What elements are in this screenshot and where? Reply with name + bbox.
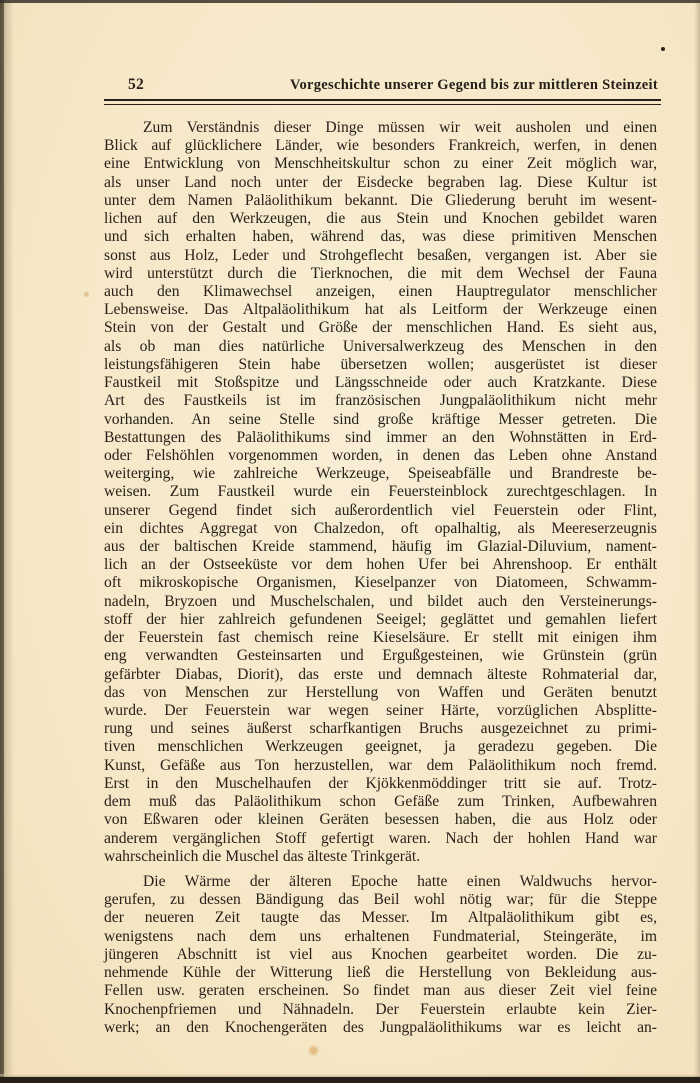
text-line: als ob man dies natürliche Universalwerk… bbox=[104, 338, 657, 356]
paragraph: Zum Verständnis dieser Dinge müssen wir … bbox=[104, 119, 657, 866]
text-line: ein dichtes Aggregat von Chalzedon, oft … bbox=[104, 520, 657, 538]
book-page-scan: 52 Vorgeschichte unserer Gegend bis zur … bbox=[0, 0, 700, 1083]
text-line: als unser Land noch unter der Eisdecke b… bbox=[104, 174, 657, 192]
text-line: wahrscheinlich die Muschel das älteste T… bbox=[104, 848, 657, 866]
text-line: auch den Klimawechsel anzeigen, einen Ha… bbox=[104, 283, 657, 301]
text-line: lich an der Ostseeküste vor dem hohen Uf… bbox=[104, 556, 657, 574]
paragraph: Die Wärme der älteren Epoche hatte einen… bbox=[104, 873, 657, 1037]
text-line: anderem vergänglichen Stoff gefertigt wa… bbox=[104, 830, 657, 848]
text-line: der neueren Zeit taugte das Messer. Im A… bbox=[104, 909, 657, 927]
paper-stain bbox=[84, 292, 89, 297]
text-line: unserer Gegend findet sich außerordentli… bbox=[104, 502, 657, 520]
ink-speck bbox=[661, 47, 665, 51]
scan-edge-right bbox=[694, 0, 700, 1083]
text-line: tiven menschlichen Werkzeugen geeignet, … bbox=[104, 738, 657, 756]
text-line: von Eßwaren oder kleinen Geräten besesse… bbox=[104, 811, 657, 829]
text-block: Zum Verständnis dieser Dinge müssen wir … bbox=[104, 119, 657, 1037]
text-line: und sich erhalten haben, während das, wa… bbox=[104, 228, 657, 246]
text-line: unter dem Namen Paläolithikum bekannt. D… bbox=[104, 192, 657, 210]
text-line: werk; an den Knochengeräten des Jungpalä… bbox=[104, 1019, 657, 1037]
text-line: Art des Faustkeils ist im französischen … bbox=[104, 392, 657, 410]
scan-edge-left bbox=[0, 0, 14, 1083]
text-line: weiterging, wie zahlreiche Werkzeuge, Sp… bbox=[104, 465, 657, 483]
text-line: eine Entwicklung von Menschheitskultur s… bbox=[104, 155, 657, 173]
page-header: 52 Vorgeschichte unserer Gegend bis zur … bbox=[104, 76, 660, 98]
text-line: gefärbter Diabas, Diorit), das erste und… bbox=[104, 666, 657, 684]
text-line: aus der baltischen Kreide stammend, häuf… bbox=[104, 538, 657, 556]
text-line: nehmende Kühle der Witterung ließ die He… bbox=[104, 964, 657, 982]
text-line: Lebensweise. Das Altpaläolithikum hat al… bbox=[104, 301, 657, 319]
header-double-rule bbox=[104, 99, 661, 105]
text-line: wird unterstützt durch die Tierknochen, … bbox=[104, 265, 657, 283]
text-line: jüngeren Abschnitt ist viel aus Knochen … bbox=[104, 946, 657, 964]
text-line: oft mikroskopische Organismen, Kieselpan… bbox=[104, 574, 657, 592]
text-line: sonst aus Holz, Leder und Strohgeflecht … bbox=[104, 247, 657, 265]
scan-edge-bottom bbox=[0, 1077, 700, 1083]
text-line: Blick auf glücklichere Länder, wie beson… bbox=[104, 137, 657, 155]
text-line: Stein von der Gestalt und Größe der mens… bbox=[104, 319, 657, 337]
text-line: eng verwandten Gesteinsarten und Ergußge… bbox=[104, 647, 657, 665]
text-line: Faustkeil mit Stoßspitze und Längsschnei… bbox=[104, 374, 657, 392]
text-line: der Feuerstein fast chemisch reine Kiese… bbox=[104, 629, 657, 647]
text-line: gerufen, zu dessen Bändigung das Beil wo… bbox=[104, 891, 657, 909]
text-line: wurde. Der Feuerstein war wegen seiner H… bbox=[104, 702, 657, 720]
text-line: Zum Verständnis dieser Dinge müssen wir … bbox=[104, 119, 657, 137]
text-line: Kunst, Gefäße aus Ton herzustellen, war … bbox=[104, 757, 657, 775]
page-number: 52 bbox=[128, 76, 144, 94]
running-head-title: Vorgeschichte unserer Gegend bis zur mit… bbox=[290, 77, 658, 94]
paper-stain bbox=[309, 1046, 318, 1055]
text-line: dem muß das Paläolithikum schon Gefäße z… bbox=[104, 793, 657, 811]
text-line: stoff der hier zahlreich gefundenen Seei… bbox=[104, 611, 657, 629]
text-line: das von Menschen zur Herstellung von Waf… bbox=[104, 684, 657, 702]
text-line: nadeln, Bryzoen und Muschelschalen, und … bbox=[104, 593, 657, 611]
text-line: rung und seines äußerst scharfkantigen B… bbox=[104, 720, 657, 738]
scan-edge-top bbox=[0, 0, 700, 3]
text-line: Fellen usw. geraten erscheinen. So finde… bbox=[104, 982, 657, 1000]
text-line: Bestattungen des Paläolithikums sind imm… bbox=[104, 429, 657, 447]
text-line: wenigstens nach dem uns erhaltenen Fundm… bbox=[104, 928, 657, 946]
text-line: Erst in den Muschelhaufen der Kjökkenmöd… bbox=[104, 775, 657, 793]
text-line: weisen. Zum Faustkeil wurde ein Feuerste… bbox=[104, 483, 657, 501]
text-line: leistungsfähigeren Stein habe übersetzen… bbox=[104, 356, 657, 374]
text-line: Knochenpfriemen und Nähnadeln. Der Feuer… bbox=[104, 1001, 657, 1019]
text-line: oder Felshöhlen vorgenommen worden, in d… bbox=[104, 447, 657, 465]
text-line: lichen auf den Werkzeugen, die aus Stein… bbox=[104, 210, 657, 228]
text-line: vorhanden. An seine Stelle sind große kr… bbox=[104, 411, 657, 429]
text-line: Die Wärme der älteren Epoche hatte einen… bbox=[104, 873, 657, 891]
